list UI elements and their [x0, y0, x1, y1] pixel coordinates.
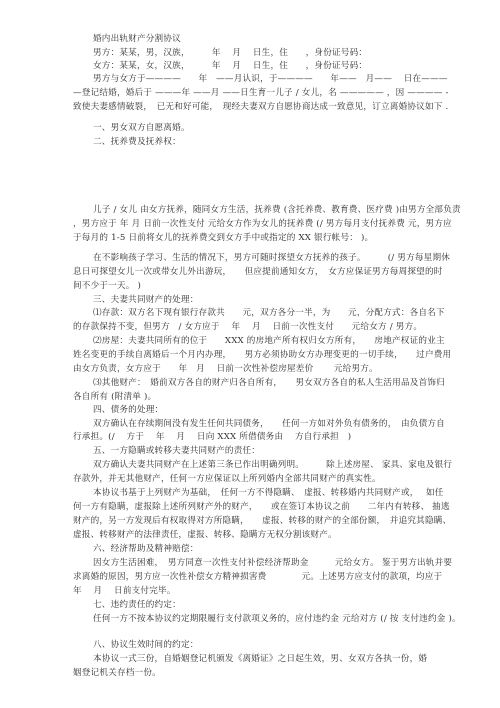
paragraph-line: 姓名变更的手续自离婚后一个月内办理， 男方必须协助女方办理变更的一切手续， 过户…	[73, 350, 451, 361]
paragraph-line: 姻登记机关存档一份。	[73, 668, 161, 679]
paragraph-line: —登记结婚，婚后于 ———年 ——月 ——日生育一儿子 / 女儿，名 —————…	[73, 88, 449, 99]
paragraph-line: 双方确认在存续期间没有发生任何共同债务， 任何一方如对外负有债务的， 由负债方自	[93, 419, 445, 430]
paragraph-line: ⑴存款：双方名下现有银行存款共 元，双方各分一半，为 元，分配方式：各自名下	[93, 308, 445, 319]
paragraph-line: 虚报、转移财产的法律责任，虚报、转移、隐瞒方无权分割该财产。	[73, 530, 337, 541]
paragraph-line: 任何一方不按本协议约定期限履行支付款项义务的，应付违约金 元给对方 (/ 按 支…	[93, 614, 461, 625]
paragraph-line: 男方与女方于———— 年 ——月认识，于———— 年—— 月—— 日在———	[93, 74, 448, 85]
paragraph-line: 儿子 / 女儿 由女方抚养，随同女方生活，抚养费 (含托养费、教育费、医疗费 )…	[93, 205, 461, 216]
paragraph-line: 息日可探望女儿一次或带女儿外出游玩， 但应提前通知女方， 女方应保证男方每周探望…	[73, 267, 443, 278]
section-heading: 八、协议生效时间的约定：	[93, 640, 199, 651]
paragraph-line: ⑵房屋：夫妻共同所有的位于 XXX 的房地产所有权归女方所有， 房地产权证的业主	[93, 336, 445, 347]
paragraph-line: 由女方负责，女方应于 年 月 日前一次性补偿房屋差价 元给男方。	[73, 364, 378, 375]
paragraph-line: 双方确认夫妻共同财产在上述第三条已作出明确列明。 除上述房屋、 家具、家电及银行	[93, 460, 452, 471]
paragraph-line: 致使夫妻感情破裂， 已无和好可能， 现经夫妻双方自愿协商达成一致意见，订立离婚协…	[73, 102, 448, 113]
section-heading: 三、夫妻共同财产的处理：	[93, 295, 199, 306]
paragraph-line: 在不影响孩子学习、生活的情况下，男方可随时探望女方抚养的孩子。 (/ 男方每星期…	[93, 253, 450, 264]
paragraph-line: ⑶其他财产： 婚前双方各自的财产归各自所有， 男女双方各自的私人生活用品及首饰归	[93, 378, 445, 389]
party-male: 男方：某某，男，汉族， 年 月 日生，住 ，身份证号码：	[93, 48, 367, 59]
paragraph-line: 间不少于一天。 )	[73, 281, 141, 292]
paragraph-line: 各自所有 (附清单 )。	[73, 392, 156, 403]
paragraph-line: 行承担。(/ 方于 年 月 日向 XXX 所借债务由 方自行承担 )	[73, 432, 351, 443]
paragraph-line: ，男方应于 年 月 日前一次性支付 元给女方作为女儿的抚养费 (/ 男方每月支付…	[73, 219, 452, 230]
section-heading: 四、债务的处理：	[93, 405, 163, 416]
section-heading: 二、抚养费及抚养权：	[93, 137, 181, 148]
paragraph-line: 因女方生活困难， 男方同意一次性支付补偿经济帮助金 元给女方。 鉴于男方出轨并要	[93, 558, 452, 569]
paragraph-line: 本协议书基于上列财产为基础， 任何一方不得隐瞒、 虚报、转移婚内共同财产或， 如…	[93, 488, 444, 499]
section-heading: 一、男女双方自愿离婚。	[93, 123, 190, 134]
paragraph-line: 何一方有隐瞒，虚报除上述所列财产外的财产， 或在签订本协议之前 二年内有转移、 …	[73, 502, 450, 513]
paragraph-line: 年 月 日前支付完毕。	[73, 586, 176, 597]
section-heading: 六、经济帮助及精神赔偿：	[93, 544, 199, 555]
paragraph-line: 的存款保持不变，但男方 / 女方应于 年 月 日前一次性支付 元给女方 / 男方…	[73, 322, 422, 333]
paragraph-line: 求离婚的原因，男方应一次性补偿女方精神损害费 元。上述男方应支付的款项，均应于	[73, 572, 442, 583]
party-female: 女方：某某，女，汉族， 年 月 日生，住 ，身份证号码：	[93, 61, 367, 72]
paragraph-line: 于每月的 1-5 日前将女儿的抚养费交到女方手中或指定的 XX 银行帐号： )。	[73, 233, 373, 244]
document-page: 婚内出轨财产分割协议 男方：某某，男，汉族， 年 月 日生，住 ，身份证号码： …	[0, 0, 500, 708]
paragraph-line: 本协议一式三份，自婚姻登记机颁发《离婚证》之日起生效，男、女双方各执一份，婚	[93, 654, 427, 665]
paragraph-line: 存款外，并无其他财产，任何一方应保证以上所列婚内全部共同财产的真实性。	[73, 474, 381, 485]
paragraph-line: 财产的，另一方发现后有权取得对方所隐瞒， 虚报、转移的财产的全部份额， 并追究其…	[73, 516, 451, 527]
doc-title: 婚内出轨财产分割协议	[93, 34, 181, 45]
section-heading: 七、违约责任的约定：	[93, 600, 181, 611]
section-heading: 五、一方隐瞒或转移夫妻共同财产的责任：	[93, 446, 260, 457]
